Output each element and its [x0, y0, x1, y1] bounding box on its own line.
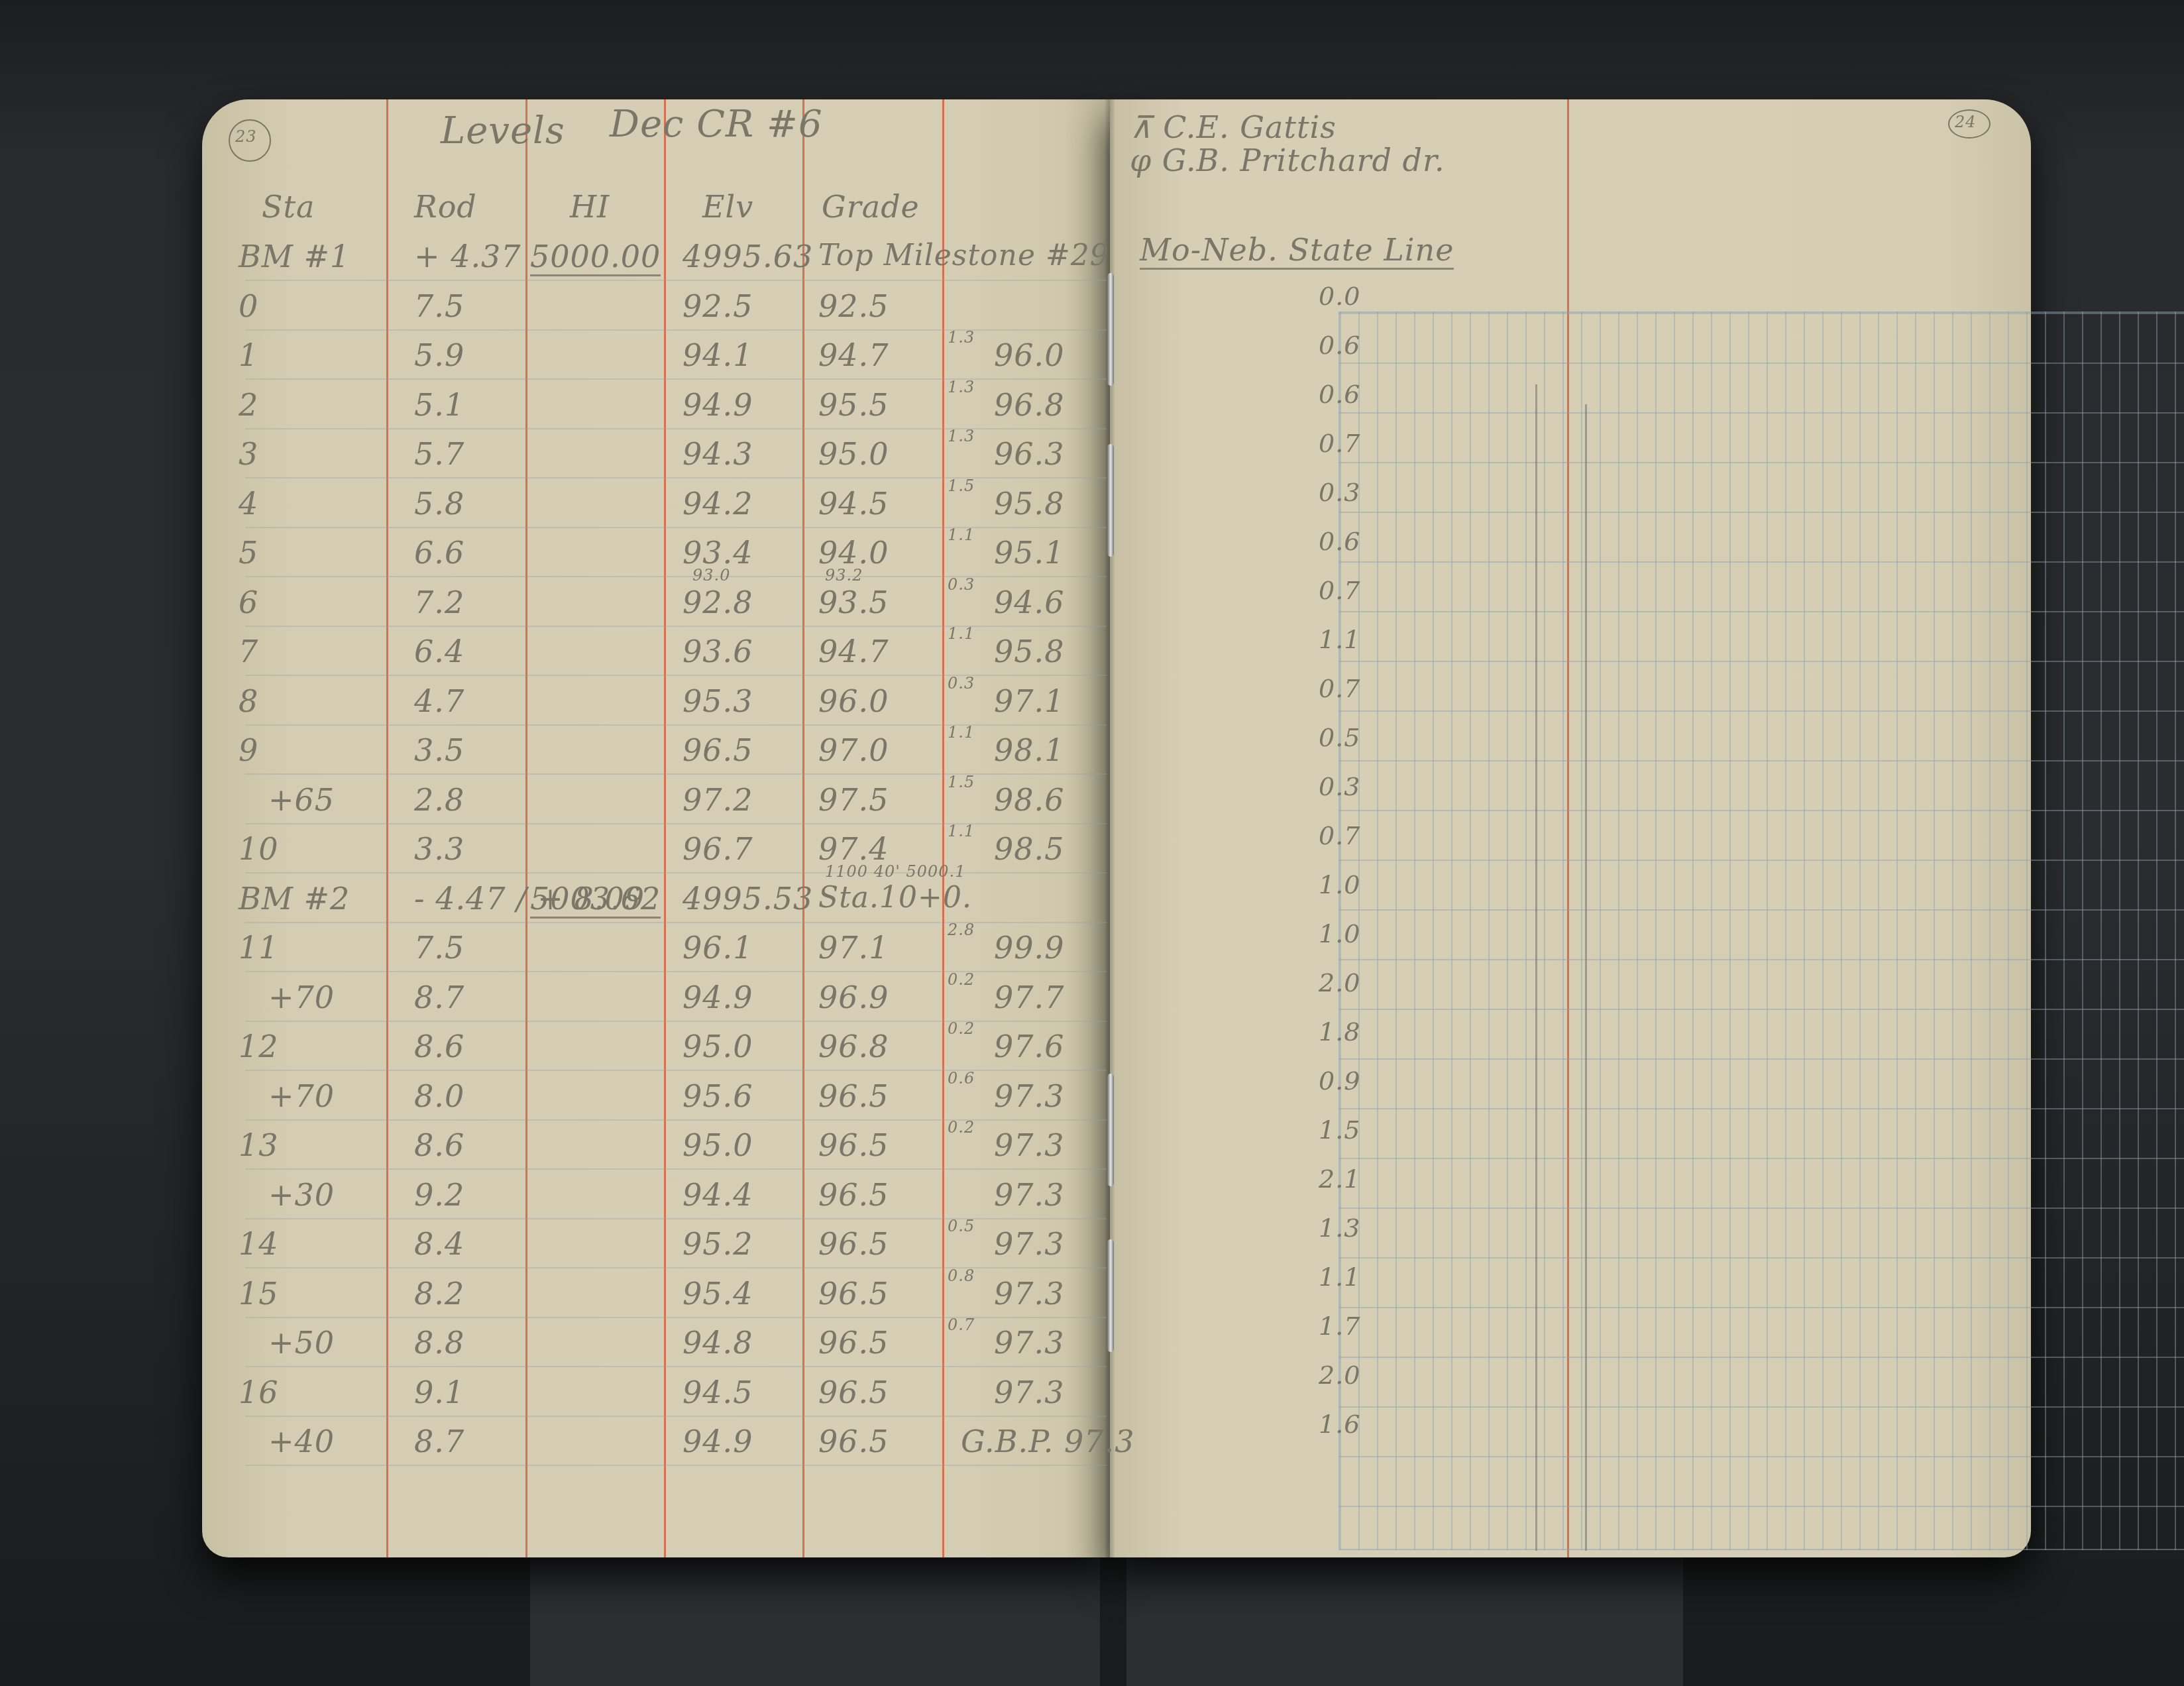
column-header: Rod: [414, 189, 477, 225]
cell-sta: 11: [239, 930, 279, 966]
cell-note: 1.1: [948, 723, 975, 742]
cell-note: 1.1: [948, 526, 975, 544]
column-header: HI: [570, 189, 610, 225]
pencil-column-line: [1535, 384, 1537, 1551]
cell-cut: 97.3: [994, 1276, 1064, 1312]
state-line-value: 0.7: [1319, 674, 1360, 703]
cell-grade: 96.0: [818, 683, 889, 719]
right-page-heading: Mo-Neb. State Line: [1140, 232, 1454, 270]
row-rule: [245, 1267, 1107, 1268]
cell-grade: 96.5: [818, 1276, 889, 1312]
cell-note: 1.3: [948, 427, 975, 445]
cell-cut: 98.6: [994, 782, 1064, 818]
cell-elv: 94.9: [682, 1424, 753, 1459]
state-line-value: 2.0: [1319, 1361, 1360, 1390]
cell-note: 1.3: [948, 328, 975, 347]
row-rule: [245, 1218, 1107, 1219]
row-rule: [245, 1465, 1107, 1466]
cell-grade: Top Milestone #29: [818, 239, 1109, 272]
cell-note: 1.1: [948, 624, 975, 643]
column-header: Grade: [822, 189, 920, 225]
cell-rod: 8.2: [414, 1276, 464, 1312]
cell-rod: 7.5: [414, 930, 464, 966]
state-line-value: 1.1: [1319, 625, 1360, 654]
column-header: Elv: [702, 189, 753, 225]
cell-cut: 97.3: [994, 1226, 1064, 1262]
cell-cut: 96.3: [994, 436, 1064, 472]
cell-rod: + 4.37: [414, 239, 521, 274]
cell-note: 0.2: [948, 1118, 975, 1137]
left-page-number: 23: [235, 127, 257, 146]
crew-line-rodman: φ G.B. Pritchard dr.: [1130, 142, 1445, 178]
cell-elv: 95.4: [682, 1276, 753, 1312]
cell-hi: 5003.62: [530, 881, 661, 919]
cell-elv_alt: 93.0: [692, 566, 730, 585]
cell-sta: 1: [239, 337, 258, 373]
cell-rod: 5.9: [414, 337, 464, 373]
cell-rod: 8.4: [414, 1226, 464, 1262]
left-page-title: Levels: [441, 109, 565, 152]
crew-line-instrument: ⊼ C.E. Gattis: [1130, 109, 1337, 145]
state-line-value: 0.3: [1319, 478, 1360, 507]
cell-rod: 8.7: [414, 980, 464, 1015]
cell-grade: 92.5: [818, 288, 889, 324]
staple: [1107, 273, 1114, 386]
cell-rod: 8.6: [414, 1127, 464, 1163]
row-rule: [245, 971, 1107, 972]
cell-cut: 96.0: [994, 337, 1064, 373]
cell-elv: 95.0: [682, 1127, 753, 1163]
cell-grade: 96.5: [818, 1226, 889, 1262]
cell-rod: 5.8: [414, 486, 464, 522]
cell-sta: 0: [239, 288, 258, 324]
cell-sta: 14: [239, 1226, 279, 1262]
cell-elv: 94.1: [682, 337, 753, 373]
cell-elv: 92.5: [682, 288, 753, 324]
row-rule: [245, 872, 1107, 873]
cell-sta: 2: [239, 387, 258, 423]
row-rule: [245, 922, 1107, 923]
row-rule: [245, 1416, 1107, 1417]
cell-grade: 95.5: [818, 387, 889, 423]
cell-grade: 94.7: [818, 634, 889, 669]
cell-note: 0.2: [948, 1019, 975, 1038]
cell-note: 1.3: [948, 378, 975, 396]
staple: [1107, 444, 1114, 557]
cell-rod: 5.7: [414, 436, 464, 472]
cell-cut: 95.8: [994, 634, 1064, 669]
cell-cut: 97.3: [994, 1127, 1064, 1163]
cell-cut: 97.3: [994, 1078, 1064, 1114]
left-page-title-note: Dec CR #6: [610, 103, 823, 146]
cell-sta: 10: [239, 831, 279, 867]
cell-note: 0.7: [948, 1316, 975, 1334]
column-rule: [664, 99, 666, 1557]
staple: [1107, 1239, 1114, 1352]
cell-sta: +70: [268, 980, 335, 1015]
cell-elv: 95.6: [682, 1078, 753, 1114]
state-line-value: 0.7: [1319, 821, 1360, 850]
cell-rod: 7.5: [414, 288, 464, 324]
state-line-value: 1.0: [1319, 870, 1360, 899]
cell-grade: 96.8: [818, 1029, 889, 1064]
cell-hi: 5000.00: [530, 239, 661, 276]
cell-note: 0.8: [948, 1266, 975, 1285]
cell-cut: 97.3: [994, 1177, 1064, 1213]
cell-sta: 6: [239, 585, 258, 620]
row-rule: [245, 477, 1107, 478]
cell-grade: Sta.10+0.: [818, 881, 972, 915]
state-line-value: 2.0: [1319, 968, 1360, 997]
state-line-value: 2.1: [1319, 1164, 1360, 1194]
cell-rod: 8.8: [414, 1325, 464, 1361]
state-line-value: 1.0: [1319, 919, 1360, 948]
cell-elv: 95.2: [682, 1226, 753, 1262]
column-rule: [525, 99, 527, 1557]
state-line-value: 0.3: [1319, 772, 1360, 801]
cell-grade_alt: 1100 40' 5000.1: [825, 862, 965, 881]
open-notebook: [202, 99, 2031, 1557]
state-line-value: 0.0: [1319, 282, 1360, 311]
row-rule: [245, 329, 1107, 331]
cell-rod: 3.5: [414, 732, 464, 768]
state-line-value: 0.6: [1319, 527, 1360, 556]
cell-grade: 97.0: [818, 732, 889, 768]
cell-elv: 4995.63: [682, 239, 813, 274]
row-rule: [245, 527, 1107, 528]
cell-sta: 9: [239, 732, 258, 768]
state-line-value: 1.7: [1319, 1312, 1360, 1341]
state-line-value: 1.8: [1319, 1017, 1360, 1046]
state-line-value: 0.5: [1319, 723, 1360, 752]
cell-grade: 96.5: [818, 1375, 889, 1410]
cell-cut: 98.5: [994, 831, 1064, 867]
cell-sta: 15: [239, 1276, 279, 1312]
cell-sta: +50: [268, 1325, 335, 1361]
cell-rod: 5.1: [414, 387, 464, 423]
cell-sta: 7: [239, 634, 258, 669]
cell-rod: 9.1: [414, 1375, 464, 1410]
row-rule: [245, 675, 1107, 676]
cell-cut: G.B.P. 97.3: [961, 1424, 1134, 1459]
cell-note: 1.1: [948, 822, 975, 840]
row-rule: [245, 1317, 1107, 1318]
cell-rod: 6.6: [414, 535, 464, 571]
cell-elv: 94.5: [682, 1375, 753, 1410]
cell-grade: 97.5: [818, 782, 889, 818]
cell-sta: 13: [239, 1127, 279, 1163]
cell-elv: 93.6: [682, 634, 753, 669]
row-rule: [245, 1119, 1107, 1121]
cell-elv: 95.3: [682, 683, 753, 719]
row-rule: [245, 773, 1107, 775]
cell-sta: 4: [239, 486, 258, 522]
cell-note: 1.5: [948, 773, 975, 791]
cell-sta: 16: [239, 1375, 279, 1410]
cell-cut: 98.1: [994, 732, 1064, 768]
cell-elv: 96.5: [682, 732, 753, 768]
state-line-value: 0.6: [1319, 331, 1360, 360]
cell-sta: 5: [239, 535, 258, 571]
cell-rod: 3.3: [414, 831, 464, 867]
state-line-value: 1.3: [1319, 1213, 1360, 1243]
cell-sta: BM #1: [239, 239, 350, 274]
cell-elv: 4995.53: [682, 881, 813, 917]
cell-elv: 96.1: [682, 930, 753, 966]
cell-sta: BM #2: [239, 881, 350, 917]
cell-elv: 94.9: [682, 387, 753, 423]
state-line-value: 0.7: [1319, 429, 1360, 458]
cell-cut: 99.9: [994, 930, 1064, 966]
cell-cut: 95.8: [994, 486, 1064, 522]
cell-rod: 8.0: [414, 1078, 464, 1114]
cell-cut: 96.8: [994, 387, 1064, 423]
state-line-value: 0.7: [1319, 576, 1360, 605]
state-line-value: 1.5: [1319, 1115, 1360, 1145]
state-line-value: 1.1: [1319, 1263, 1360, 1292]
cell-elv: 94.9: [682, 980, 753, 1015]
cell-grade_alt: 93.2: [825, 566, 863, 585]
cell-grade: 97.1: [818, 930, 889, 966]
column-header: Sta: [262, 189, 315, 225]
row-rule: [245, 428, 1107, 429]
cell-cut: 95.1: [994, 535, 1064, 571]
row-rule: [245, 626, 1107, 627]
state-line-value: 1.6: [1319, 1410, 1360, 1439]
cell-grade: 95.0: [818, 436, 889, 472]
cell-note: 1.5: [948, 477, 975, 495]
cell-sta: +70: [268, 1078, 335, 1114]
state-line-value: 0.9: [1319, 1066, 1360, 1096]
cell-note: 0.3: [948, 674, 975, 693]
cell-note: 2.8: [948, 921, 975, 939]
cell-rod: 8.6: [414, 1029, 464, 1064]
row-rule: [245, 1021, 1107, 1022]
cell-elv: 96.7: [682, 831, 753, 867]
column-rule: [942, 99, 944, 1557]
cell-note: 0.5: [948, 1217, 975, 1235]
row-rule: [245, 378, 1107, 380]
cell-grade: 94.7: [818, 337, 889, 373]
row-rule: [245, 1168, 1107, 1170]
cell-elv: 97.2: [682, 782, 753, 818]
cell-cut: 97.7: [994, 980, 1064, 1015]
staple: [1107, 1074, 1114, 1186]
cell-rod: 4.7: [414, 683, 464, 719]
cell-grade: 94.5: [818, 486, 889, 522]
column-rule: [802, 99, 804, 1557]
cell-elv: 94.3: [682, 436, 753, 472]
cell-sta: 3: [239, 436, 258, 472]
cell-rod: 7.2: [414, 585, 464, 620]
row-rule: [245, 823, 1107, 824]
cell-sta: +40: [268, 1424, 335, 1459]
graph-grid: [1338, 311, 2184, 1550]
cell-cut: 97.6: [994, 1029, 1064, 1064]
cell-grade: 93.5: [818, 585, 889, 620]
row-rule: [245, 724, 1107, 726]
row-rule: [245, 280, 1107, 281]
cell-sta: 12: [239, 1029, 279, 1064]
cell-note: 0.3: [948, 575, 975, 594]
cell-note: 0.2: [948, 970, 975, 989]
cell-elv: 92.8: [682, 585, 753, 620]
cell-sta: 8: [239, 683, 258, 719]
cell-grade: 96.5: [818, 1078, 889, 1114]
cell-grade: 96.5: [818, 1177, 889, 1213]
cell-rod: 9.2: [414, 1177, 464, 1213]
cell-sta: +30: [268, 1177, 335, 1213]
row-rule: [245, 1070, 1107, 1071]
cell-cut: 97.3: [994, 1325, 1064, 1361]
cell-grade: 96.5: [818, 1325, 889, 1361]
row-rule: [245, 1366, 1107, 1367]
cell-elv: 94.2: [682, 486, 753, 522]
cell-cut: 97.3: [994, 1375, 1064, 1410]
cell-cut: 94.6: [994, 585, 1064, 620]
column-rule: [386, 99, 388, 1557]
cell-grade: 96.5: [818, 1127, 889, 1163]
cell-elv: 94.4: [682, 1177, 753, 1213]
state-line-value: 0.6: [1319, 380, 1360, 409]
cell-rod: 6.4: [414, 634, 464, 669]
row-rule: [245, 576, 1107, 577]
cell-grade: 96.5: [818, 1424, 889, 1459]
pencil-column-line: [1585, 404, 1587, 1551]
cell-elv: 94.8: [682, 1325, 753, 1361]
cell-rod: 8.7: [414, 1424, 464, 1459]
cell-elv: 95.0: [682, 1029, 753, 1064]
cell-sta: +65: [268, 782, 335, 818]
right-page-number: 24: [1955, 113, 1977, 131]
cell-cut: 97.1: [994, 683, 1064, 719]
cell-note: 0.6: [948, 1069, 975, 1088]
cell-rod: 2.8: [414, 782, 464, 818]
cell-grade: 96.9: [818, 980, 889, 1015]
